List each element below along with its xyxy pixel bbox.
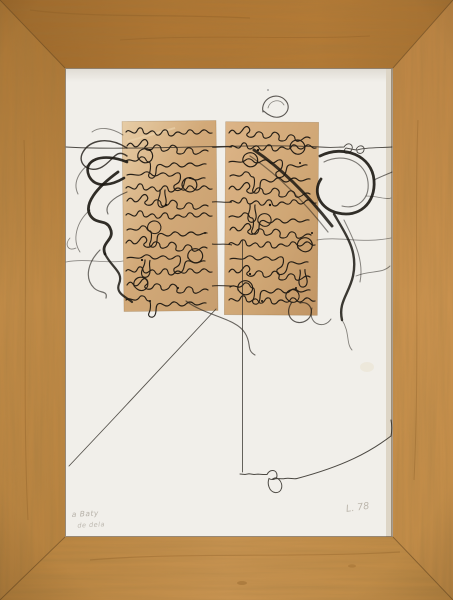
photo-vignette: [0, 0, 453, 600]
framed-artwork-photo: a Baty de dela L. 78: [0, 0, 453, 600]
artwork-canvas: a Baty de dela L. 78: [0, 0, 453, 600]
